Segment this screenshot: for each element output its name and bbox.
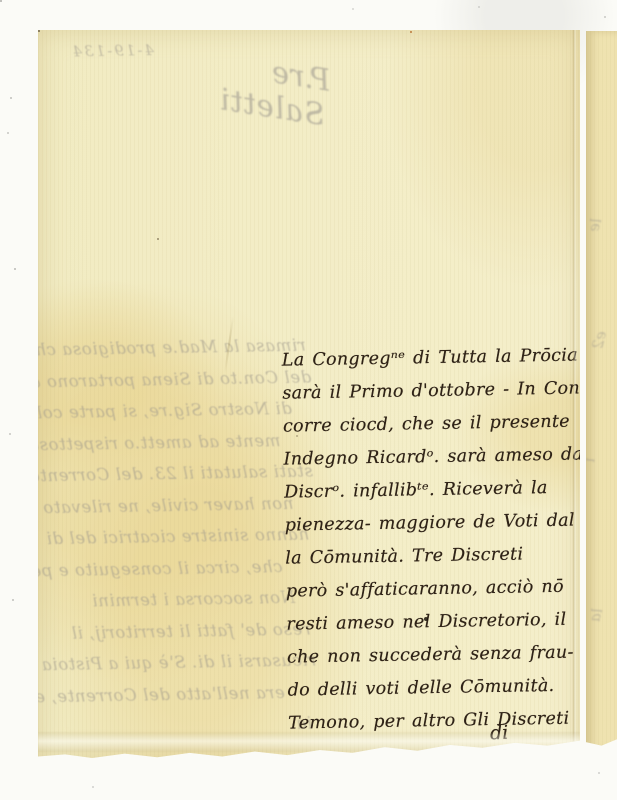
bleedthrough-archival-number: 4-19-134 bbox=[44, 41, 154, 61]
letter-line: che non succederà senza frau- bbox=[287, 636, 588, 674]
strip-bleedthrough-mark: e2 bbox=[588, 329, 610, 351]
bleedthrough-line: di Nostro Sig.re, si parte col bbox=[30, 393, 293, 429]
bleedthrough-line: ricusarsi il di. S'è qui a Pistoia bbox=[34, 645, 317, 681]
bleedthrough-line: reso de' fatti li territorij, il bbox=[33, 613, 311, 649]
bleedthrough-line: mente ad amett.o rispettosam.te bbox=[30, 425, 281, 461]
strip-bleedthrough-mark: le bbox=[584, 216, 605, 234]
letter-text-block: La Congregⁿᵉ di Tutta la Prōciasarà il P… bbox=[282, 339, 589, 740]
letter-line: sarà il Primo d'ottobre - In Cont. bbox=[282, 372, 583, 410]
torn-bottom-crease bbox=[38, 732, 580, 752]
letter-line: la Cōmunità. Tre Discreti bbox=[285, 537, 586, 575]
letter-line: Indegno Ricardᵒ. sarà ameso dal bbox=[283, 438, 584, 476]
scanner-background: 4-19-134 P.re Saletti rimasa la Mad.e pr… bbox=[0, 0, 617, 800]
letter-line: però s'affaticaranno, acciò nō bbox=[286, 570, 587, 608]
strip-bleedthrough-mark: i bbox=[580, 455, 599, 464]
letter-line: La Congregⁿᵉ di Tutta la Prōcia bbox=[282, 339, 583, 377]
ink-specks bbox=[38, 30, 40, 32]
bleedthrough-docket-signature: P.re Saletti bbox=[173, 41, 332, 134]
bleedthrough-line: stati salutati il 23. del Corrente bbox=[31, 456, 314, 492]
letter-line: corre ciocd, che se il presente bbox=[283, 405, 584, 443]
bleedthrough-line: Non soccorsa i termini bbox=[33, 582, 296, 618]
strip-bleedthrough-mark: la bbox=[585, 606, 606, 624]
letter-line: pienezza- maggiore de Voti dal bbox=[284, 504, 585, 542]
letter-line: resti ameso nel Discretorio, il bbox=[286, 603, 587, 641]
bleedthrough-line: che, circa il conseguito e per bbox=[32, 551, 283, 587]
letter-line: do delli voti delle Cōmunità. bbox=[287, 669, 588, 707]
bleedthrough-line: era nell'atto del Corrente, e per bbox=[34, 677, 285, 713]
bleedthrough-line: del Con.to di Siena portarono a pie bbox=[29, 361, 312, 397]
bleedthrough-line: rimasa la Mad.e prodigiosa che bbox=[28, 330, 306, 366]
vertical-fold-crease bbox=[572, 30, 576, 758]
adjacent-leaf-strip: le e2 i la bbox=[586, 31, 617, 750]
manuscript-page: 4-19-134 P.re Saletti rimasa la Mad.e pr… bbox=[38, 30, 580, 758]
scanner-dust-speckles bbox=[0, 0, 2, 2]
bleedthrough-line: hanno sinistre cicatrici del di bbox=[32, 519, 310, 555]
bleedthrough-line: non haver civile, ne rilevato bbox=[31, 487, 294, 523]
bleedthrough-text-block: rimasa la Mad.e prodigiosa chedel Con.to… bbox=[28, 330, 317, 744]
letter-line: Discrᵒ. infallibᵗᵉ. Riceverà la bbox=[284, 471, 585, 509]
